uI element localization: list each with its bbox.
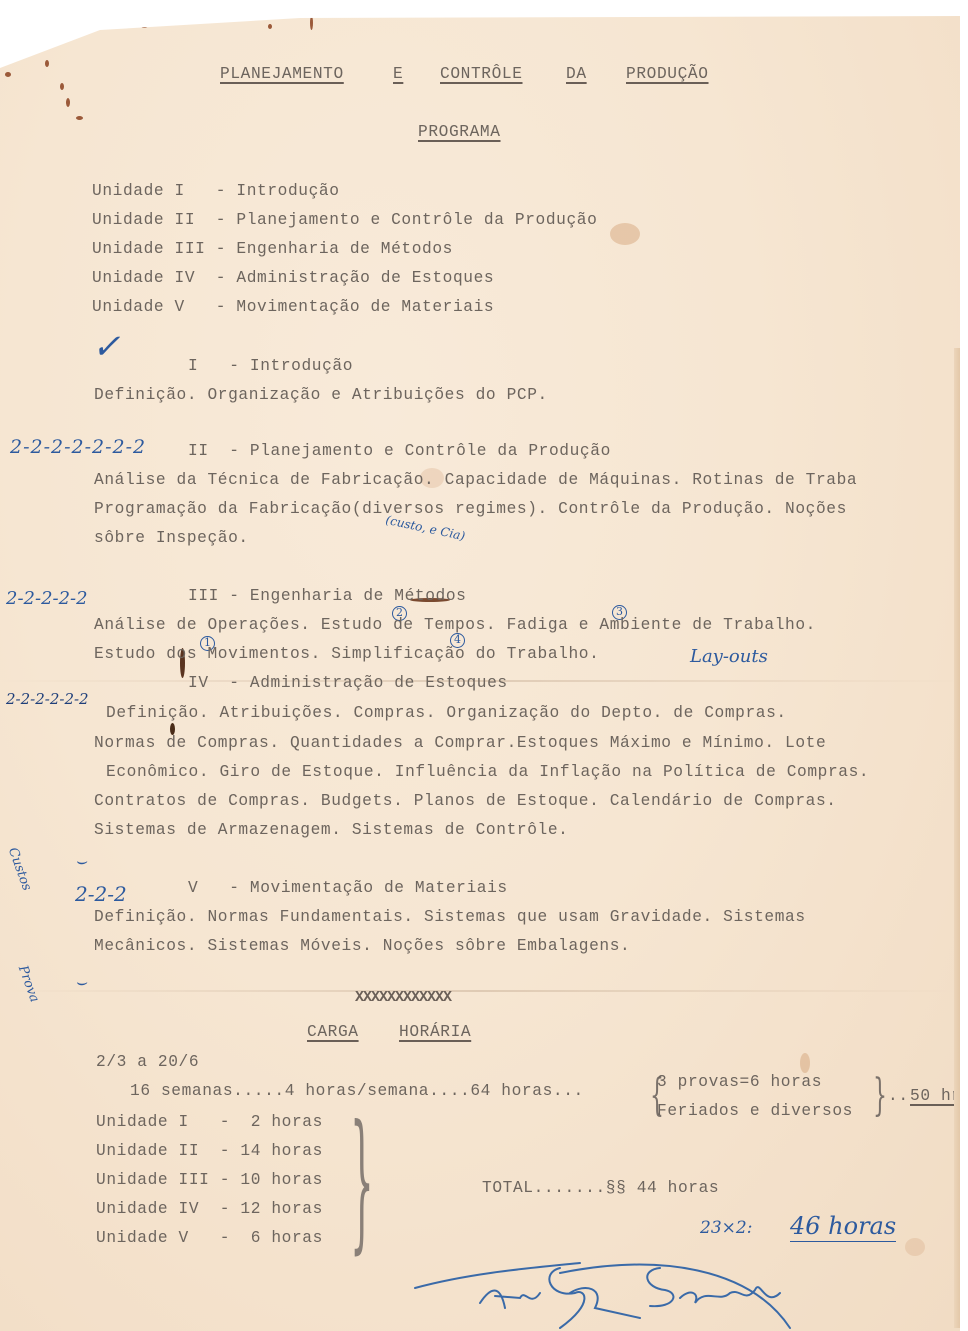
ink-spot — [66, 98, 70, 107]
unit-index-item: Unidade IV - Administração de Estoques — [92, 270, 494, 286]
close-brace: } — [873, 1074, 887, 1118]
section-line: Definição. Atribuições. Compras. Organiz… — [106, 705, 787, 721]
stain — [905, 1238, 925, 1256]
period: 2/3 a 20/6 — [96, 1054, 199, 1070]
margin-annotation: 2-2-2 — [75, 884, 127, 904]
total-hours: TOTAL.......§§ 44 horas — [482, 1180, 719, 1196]
section-title-word: CARGA — [307, 1024, 359, 1040]
section-heading: III - Engenharia de Métodos — [188, 588, 466, 604]
section-line: Econômico. Giro de Estoque. Influência d… — [106, 764, 869, 780]
section-heading: V - Movimentação de Materiais — [188, 880, 508, 896]
unit-index-item: Unidade V - Movimentação de Materiais — [92, 299, 494, 315]
title-word: PRODUÇÃO — [626, 66, 709, 82]
unit-index-item: Unidade I - Introdução — [92, 183, 340, 199]
struck-out-text: XXXXXXXXXXXX — [355, 990, 451, 1005]
section-heading: IV - Administração de Estoques — [188, 675, 508, 691]
net-hours: 50 hr — [910, 1088, 962, 1104]
unit-hours: Unidade I - 2 horas — [96, 1114, 323, 1130]
section-line: Estudo dos Movimentos. Simplificação do … — [94, 646, 599, 662]
margin-note: Custos — [6, 846, 34, 892]
stain — [610, 223, 640, 245]
ink-spot — [5, 72, 11, 77]
unit-index-item: Unidade III - Engenharia de Métodos — [92, 241, 453, 257]
section-line: Contratos de Compras. Budgets. Planos de… — [94, 793, 837, 809]
signature-icon: Schneider — [410, 1248, 830, 1331]
inline-note: (custo, e Cia) — [385, 514, 466, 543]
ink-spot — [60, 83, 64, 90]
ink-spot — [45, 60, 49, 67]
ink-spot — [140, 24, 148, 28]
handwritten-calc: 23×2: — [700, 1220, 752, 1237]
section-line: Análise da Técnica de Fabricação. Capaci… — [94, 472, 857, 488]
margin-annotation: 2-2-2-2-2-2 — [6, 692, 89, 707]
deduction-item: Feriados e diversos — [657, 1103, 853, 1119]
section-line: Programação da Fabricação(diversos regim… — [94, 501, 847, 517]
unit-index-item: Unidade II - Planejamento e Contrôle da … — [92, 212, 597, 228]
title-word: DA — [566, 66, 587, 82]
close-brace: } — [350, 1106, 374, 1256]
section-line: sôbre Inspeção. — [94, 530, 249, 546]
section-line: Normas de Compras. Quantidades a Comprar… — [94, 735, 826, 751]
unit-hours: Unidade V - 6 horas — [96, 1230, 323, 1246]
stain — [800, 1053, 810, 1073]
section-line: Definição. Organização e Atribuições do … — [94, 387, 548, 403]
title-word: CONTRÔLE — [440, 66, 523, 82]
handwritten-total: 46 horas — [790, 1214, 896, 1242]
paper-fold — [0, 990, 960, 992]
margin-mark: ⌣ — [75, 974, 87, 992]
margin-annotation: 2-2-2-2-2 — [6, 590, 88, 608]
net-dots: .. — [888, 1088, 909, 1104]
title-word: PLANEJAMENTO — [220, 66, 344, 82]
ink-spot — [310, 16, 313, 30]
ink-spot — [32, 48, 39, 52]
section-heading: I - Introdução — [188, 358, 353, 374]
section-line: Sistemas de Armazenagem. Sistemas de Con… — [94, 822, 568, 838]
section-line: Análise de Operações. Estudo de Tempos. … — [94, 617, 816, 633]
unit-hours: Unidade IV - 12 horas — [96, 1201, 323, 1217]
section-line: Mecânicos. Sistemas Móveis. Noções sôbre… — [94, 938, 630, 954]
subtitle: PROGRAMA — [418, 124, 501, 140]
ink-spot — [268, 24, 272, 29]
section-line: Definição. Normas Fundamentais. Sistemas… — [94, 909, 806, 925]
document-page: PLANEJAMENTO E CONTRÔLE DA PRODUÇÃO PROG… — [0, 8, 960, 1331]
checkmark-icon: ✓ — [92, 330, 121, 364]
unit-hours: Unidade III - 10 horas — [96, 1172, 323, 1188]
title-word: E — [393, 66, 403, 82]
deduction-item: 3 provas=6 horas — [657, 1074, 822, 1090]
ink-spot — [76, 116, 83, 120]
section-title-word: HORÁRIA — [399, 1024, 471, 1040]
unit-hours: Unidade II - 14 horas — [96, 1143, 323, 1159]
margin-annotation: 2-2-2-2-2-2-2 — [10, 438, 146, 457]
inline-note: Lay-outs — [690, 648, 768, 666]
section-heading: II - Planejamento e Contrôle da Produção — [188, 443, 611, 459]
margin-note: Prova — [16, 964, 41, 1004]
margin-mark: ⌣ — [75, 853, 87, 871]
